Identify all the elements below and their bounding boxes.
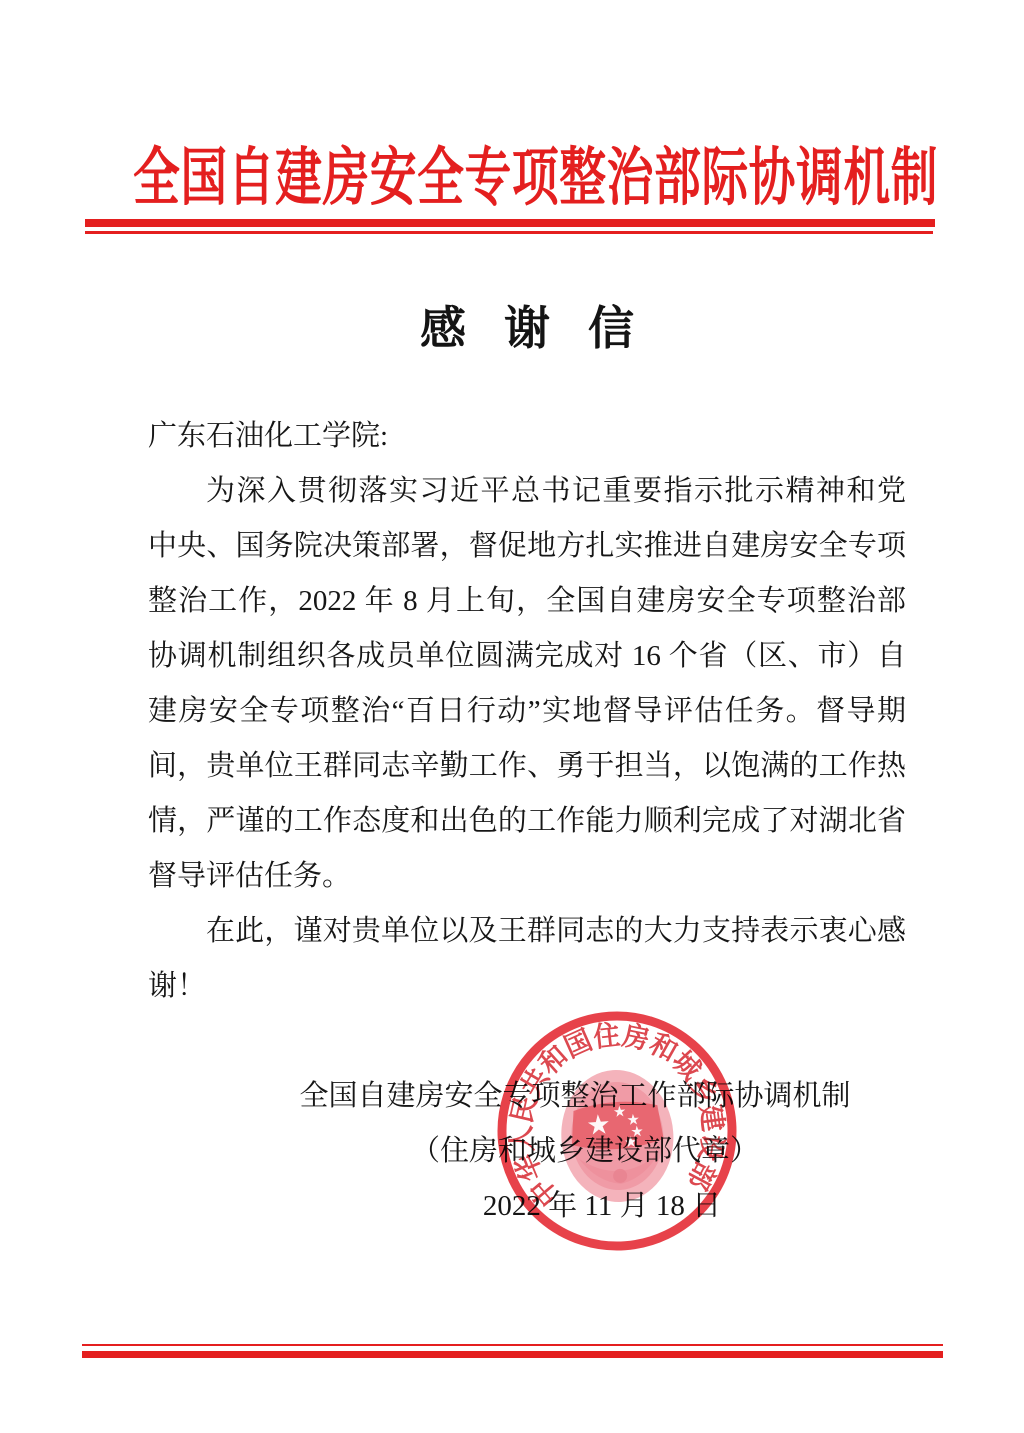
body-line: 建房安全专项整治“百日行动”实地督导评估任务。督导期 <box>148 684 906 739</box>
body-line: 督导评估任务。 <box>148 849 906 904</box>
footer-rule-thick <box>82 1351 943 1358</box>
seal-emblem <box>557 1066 678 1205</box>
letterhead-rule-thick <box>85 219 935 227</box>
letterhead-title: 全国自建房安全专项整治部际协调机制 <box>133 136 891 220</box>
body-line: 整治工作，2022 年 8 月上旬，全国自建房安全专项整治部际 <box>148 574 906 629</box>
official-seal-stamp-icon: 中华人民共和国住房和城乡建设部 <box>486 1000 748 1262</box>
footer-rule-thin <box>82 1344 943 1346</box>
body-line: 为深入贯彻落实习近平总书记重要指示批示精神和党 <box>148 464 906 519</box>
letterhead-rule-thin <box>85 231 933 234</box>
body-line: 情，严谨的工作态度和出色的工作能力顺利完成了对湖北省 <box>148 794 906 849</box>
letter-body: 广东石油化工学院:为深入贯彻落实习近平总书记重要指示批示精神和党中央、国务院决策… <box>148 409 906 1014</box>
letter-page: 全国自建房安全专项整治部际协调机制 感谢信 广东石油化工学院:为深入贯彻落实习近… <box>0 0 1024 1433</box>
salutation: 广东石油化工学院: <box>148 409 906 464</box>
body-line: 协调机制组织各成员单位圆满完成对 16 个省（区、市）自 <box>148 629 906 684</box>
body-line: 间，贵单位王群同志辛勤工作、勇于担当，以饱满的工作热 <box>148 739 906 794</box>
body-line: 在此，谨对贵单位以及王群同志的大力支持表示衷心感 <box>148 904 906 959</box>
body-line: 中央、国务院决策部署，督促地方扎实推进自建房安全专项 <box>148 519 906 574</box>
letter-title: 感谢信 <box>15 292 1024 358</box>
